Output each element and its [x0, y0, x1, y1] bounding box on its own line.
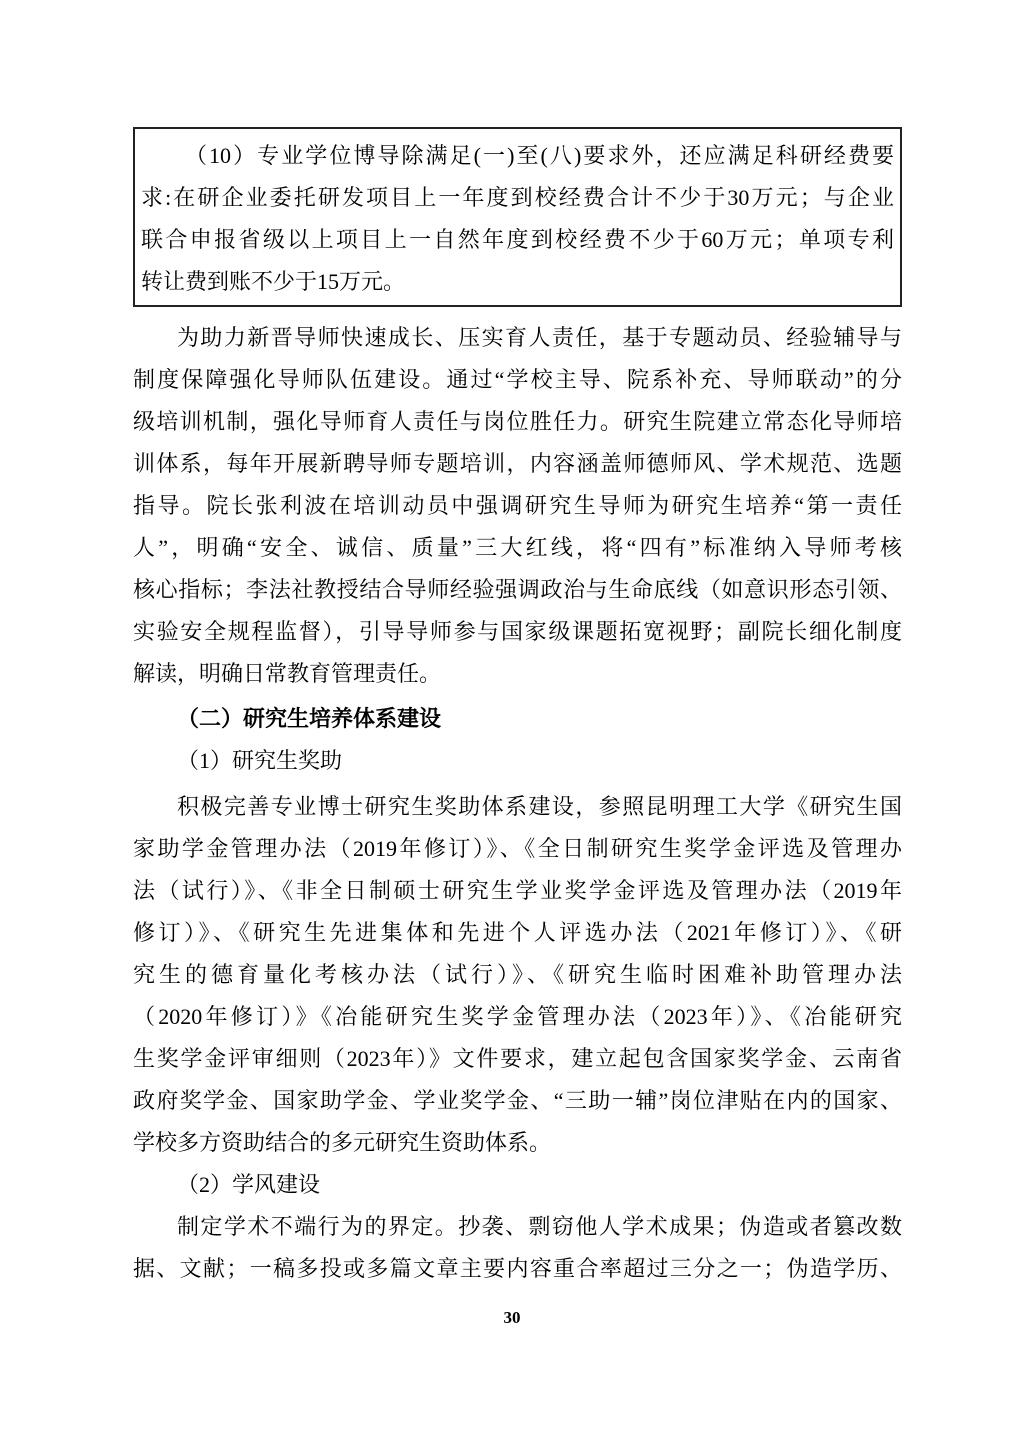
paragraph-scholarship-system: 积极完善专业博士研究生奖助体系建设，参照昆明理工大学《研究生国家助学金管理办法（… [133, 786, 902, 1164]
document-content: （10）专业学位博导除满足(一)至(八)要求外，还应满足科研经费要求:在研企业委… [133, 127, 902, 1290]
paragraph-academic-misconduct-definition-line-2: 据、文献；一稿多投或多篇文章主要内容重合率超过三分之一；伪造学历、 [133, 1248, 902, 1290]
subheading-1-graduate-financial-aid: （1）研究生奖助 [133, 740, 902, 782]
paragraph-scholarship-system-line-1: 积极完善专业博士研究生奖助体系建设，参照昆明理工大学《研究生国 [133, 786, 902, 828]
paragraph-mentor-training-line-8: 实验安全规程监督），引导导师参与国家级课题拓宽视野；副院长细化制度 [133, 611, 902, 653]
paragraph-mentor-training-line-6: 人”，明确“安全、诚信、质量”三大红线，将“四有”标准纳入导师考核 [133, 527, 902, 569]
paragraph-mentor-training-line-2: 制度保障强化导师队伍建设。通过“学校主导、院系补充、导师联动”的分 [133, 359, 902, 401]
boxed-note-professional-degree-supervisor-funding-requirements-line-1: （10）专业学位博导除满足(一)至(八)要求外，还应满足科研经费要 [141, 135, 894, 177]
page-footer: 30 [0, 1308, 1024, 1328]
boxed-note-professional-degree-supervisor-funding-requirements-line-2: 求:在研企业委托研发项目上一年度到校经费合计不少于30万元；与企业 [141, 177, 894, 219]
paragraph-scholarship-system-line-3: 法（试行）》、《非全日制硕士研究生学业奖学金评选及管理办法（2019年 [133, 870, 902, 912]
paragraph-mentor-training-line-5: 指导。院长张利波在培训动员中强调研究生导师为研究生培养“第一责任 [133, 485, 902, 527]
paragraph-scholarship-system-line-4: 修订）》、《研究生先进集体和先进个人评选办法（2021年修订）》、《研 [133, 912, 902, 954]
paragraph-mentor-training-line-3: 级培训机制，强化导师育人责任与岗位胜任力。研究生院建立常态化导师培 [133, 401, 902, 443]
paragraph-scholarship-system-line-9: 学校多方资助结合的多元研究生资助体系。 [133, 1122, 902, 1164]
boxed-note-professional-degree-supervisor-funding-requirements: （10）专业学位博导除满足(一)至(八)要求外，还应满足科研经费要求:在研企业委… [133, 127, 902, 307]
heading-section-2-graduate-cultivation-system: （二）研究生培养体系建设 [133, 698, 902, 740]
paragraph-scholarship-system-line-7: 生奖学金评审细则（2023年）》文件要求，建立起包含国家奖学金、云南省 [133, 1038, 902, 1080]
paragraph-mentor-training-line-1: 为助力新晋导师快速成长、压实育人责任，基于专题动员、经验辅导与 [133, 317, 902, 359]
boxed-note-professional-degree-supervisor-funding-requirements-line-3: 联合申报省级以上项目上一自然年度到校经费不少于60万元；单项专利 [141, 219, 894, 261]
paragraph-scholarship-system-line-2: 家助学金管理办法（2019年修订）》、《全日制研究生奖学金评选及管理办 [133, 828, 902, 870]
paragraph-scholarship-system-line-8: 政府奖学金、国家助学金、学业奖学金、“三助一辅”岗位津贴在内的国家、 [133, 1080, 902, 1122]
boxed-note-professional-degree-supervisor-funding-requirements-line-4: 转让费到账不少于15万元。 [141, 261, 894, 303]
paragraph-scholarship-system-line-5: 究生的德育量化考核办法（试行）》、《研究生临时困难补助管理办法 [133, 954, 902, 996]
paragraph-scholarship-system-line-6: （2020年修订）》《冶能研究生奖学金管理办法（2023年）》、《冶能研究 [133, 996, 902, 1038]
paragraph-mentor-training-line-4: 训体系，每年开展新聘导师专题培训，内容涵盖师德师风、学术规范、选题 [133, 443, 902, 485]
paragraph-academic-misconduct-definition-line-1: 制定学术不端行为的界定。抄袭、剽窃他人学术成果；伪造或者篡改数 [133, 1206, 902, 1248]
paragraph-mentor-training: 为助力新晋导师快速成长、压实育人责任，基于专题动员、经验辅导与制度保障强化导师队… [133, 317, 902, 695]
subheading-2-academic-style-construction: （2）学风建设 [133, 1164, 902, 1206]
paragraph-mentor-training-line-9: 解读，明确日常教育管理责任。 [133, 653, 902, 695]
page-number: 30 [504, 1308, 521, 1327]
paragraph-mentor-training-line-7: 核心指标；李法社教授结合导师经验强调政治与生命底线（如意识形态引领、 [133, 569, 902, 611]
paragraph-academic-misconduct-definition: 制定学术不端行为的界定。抄袭、剽窃他人学术成果；伪造或者篡改数据、文献；一稿多投… [133, 1206, 902, 1290]
